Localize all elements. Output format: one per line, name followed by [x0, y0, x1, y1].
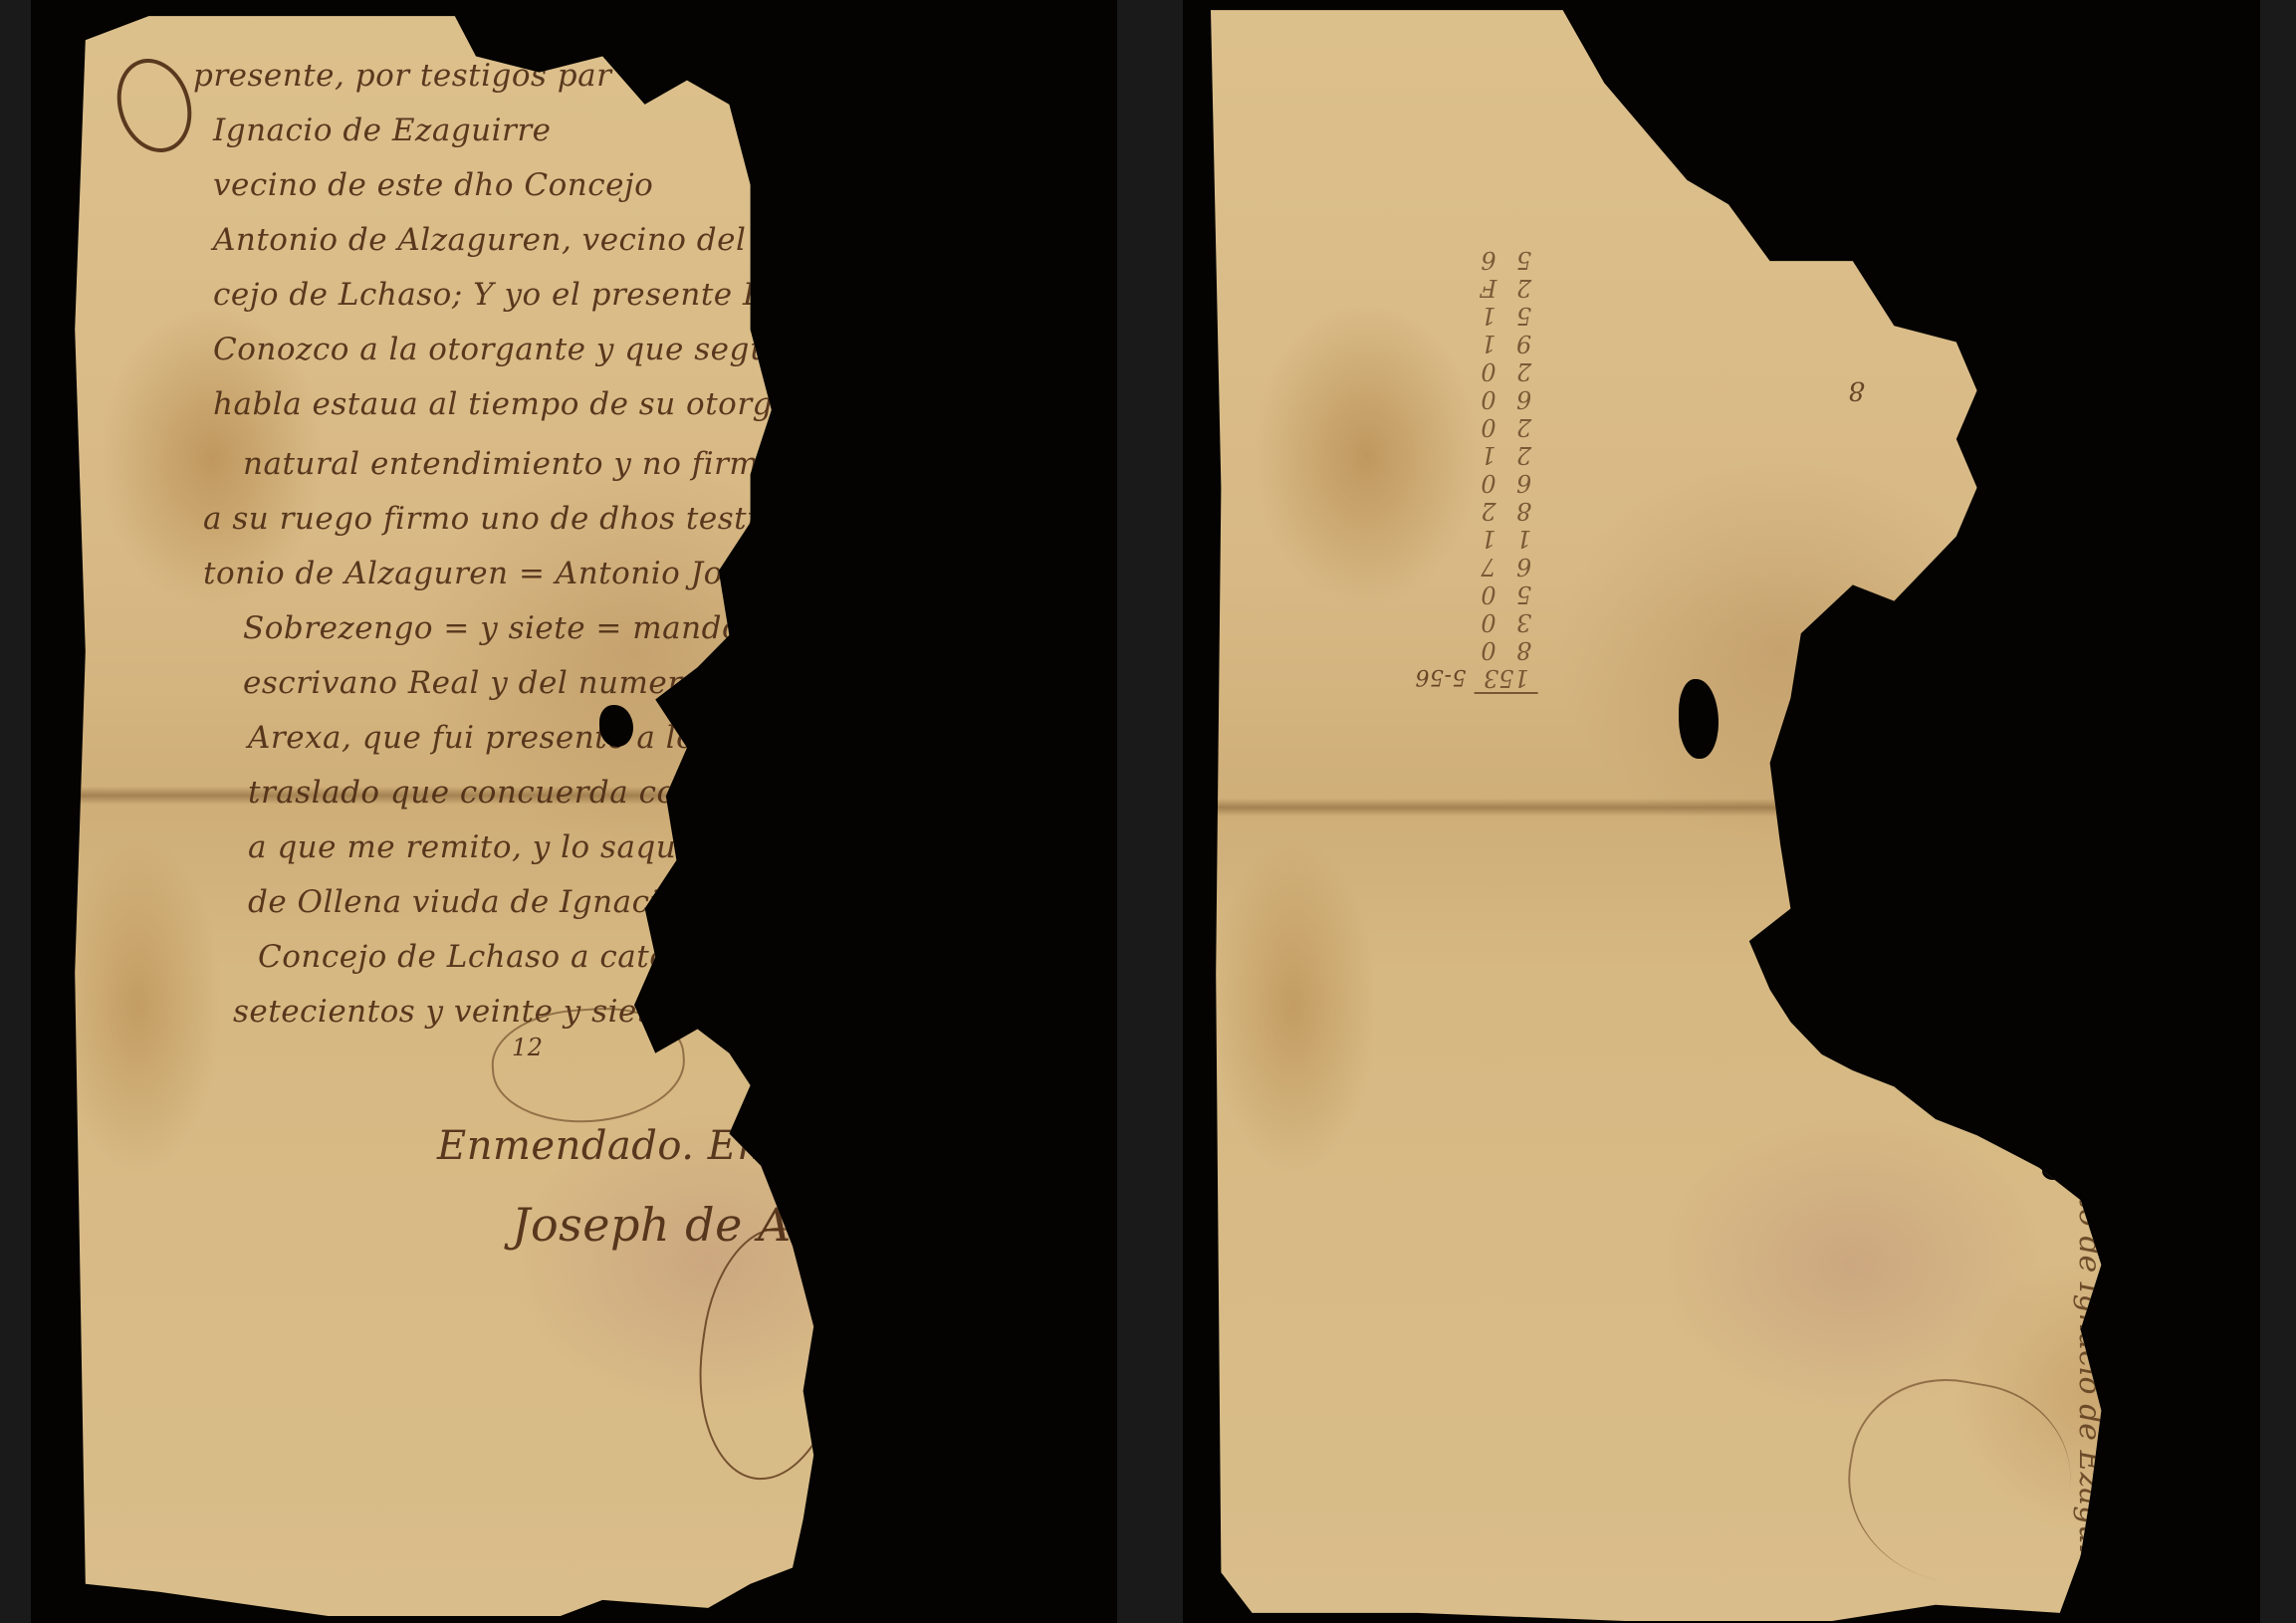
manuscript-line: traslado que concuerda con su original q… [248, 775, 1117, 811]
tally-column-left: 8 3 5 6 1 8 6 2 2 6 2 9 5 2 5 [1510, 246, 1538, 664]
left-page-scan: presente, por testigos par Ignacio de Ez… [31, 0, 1117, 1623]
manuscript-line: Ignacio de Ezaguirre [213, 113, 552, 148]
manuscript-line: vecino de este dho Concejo [213, 167, 653, 203]
manuscript-line: Arexa, que fui presente a lo que de mi s… [248, 720, 1117, 756]
paper-hole [2042, 1162, 2064, 1180]
endorsement-rule [2147, 1107, 2149, 1595]
decorated-initial-letter [106, 49, 203, 162]
manuscript-line: habla estaua al tiempo de su otorgamento… [213, 386, 1087, 422]
paper-hole [2087, 1306, 2117, 1334]
margin-figure: 39 [1987, 545, 2019, 573]
manuscript-line: Sobrezengo = y siete = mando = Yo el dho… [243, 610, 1117, 646]
manuscript-line: cejo de Lchaso; Y yo el presente Escriva… [213, 277, 1011, 313]
manuscript-line: tonio de Alzaguren = Antonio Joseph de A… [203, 556, 1058, 591]
manuscript-line: de Ollena viuda de Ignacio de Ezaguirre … [248, 884, 1013, 920]
signature-flourish [684, 1219, 861, 1490]
paper-hole [1679, 679, 1719, 759]
endorsement-title: Testam[en]to de Ignacio de Ezaguirre [2072, 1028, 2107, 1600]
manuscript-line: Conozco a la otorgante y que segun el Co… [213, 332, 1094, 367]
margin-figure: 68 [1982, 480, 2014, 510]
tally-total: 5-56 [1415, 664, 1466, 689]
endorsement-flourish [1832, 1363, 2085, 1599]
manuscript-line: escrivano Real y del numero de la Alcald… [243, 665, 1041, 701]
right-manuscript-page: 153 8 3 5 6 1 8 6 2 2 6 2 9 5 2 5 0 0 [1211, 2, 2246, 1621]
margin-figure: 8 [1848, 375, 1865, 405]
right-page-scan: 153 8 3 5 6 1 8 6 2 2 6 2 9 5 2 5 0 0 [1183, 0, 2260, 1623]
left-manuscript-page: presente, por testigos par Ignacio de Ez… [54, 8, 1109, 1616]
page-fold [1211, 799, 2246, 816]
endorsement-date: 13. de Novi[em]bre de 1727 [2181, 1107, 2216, 1533]
tally-columns: 153 8 3 5 6 1 8 6 2 2 6 2 9 5 2 5 0 0 [1475, 246, 1538, 694]
signature-amendment-note: Enmendado. Entre lineas: de Verdad [437, 1123, 1117, 1169]
margin-figure: 39 [1987, 515, 2019, 543]
manuscript-line: presente, por testigos par [193, 58, 611, 94]
manuscript-line: a su ruego firmo uno de dhos testigos = … [203, 501, 1032, 537]
manuscript-line: Concejo de Lchaso a catorce de Henero de [258, 939, 949, 975]
manuscript-line: a que me remito, y lo saque a instancia … [248, 829, 1100, 865]
tally-header: 153 [1475, 664, 1538, 694]
manuscript-line: Antonio de Alzaguren, vecino del referid… [213, 222, 971, 258]
paper-hole [599, 705, 633, 747]
manuscript-line: natural entendimiento y no firmo por no … [243, 446, 991, 482]
tally-column-right: 0 0 0 7 1 2 0 1 0 0 0 1 1 F 6 [1475, 246, 1502, 664]
